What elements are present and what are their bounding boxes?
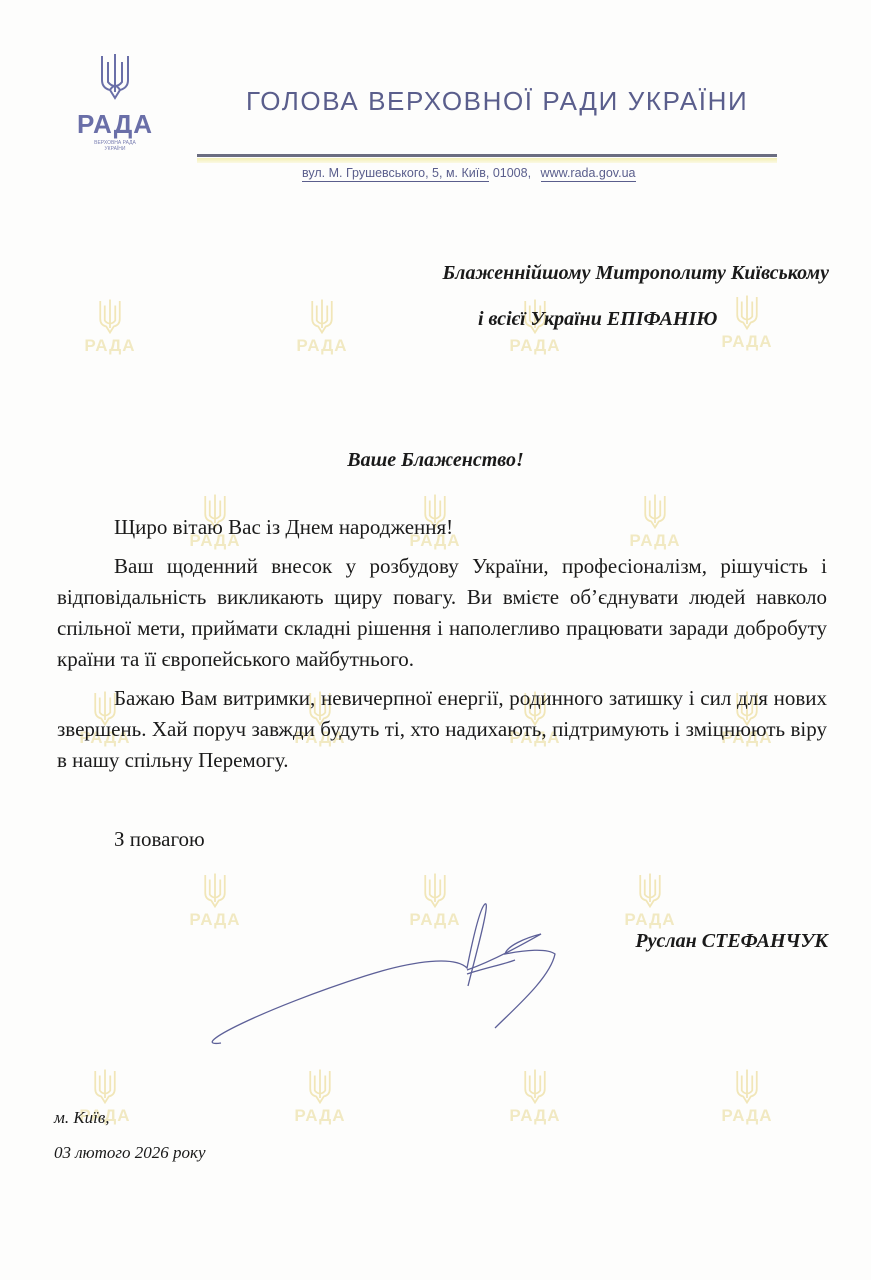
watermark-text: РАДА [500, 336, 570, 356]
paragraph-3-text: Бажаю Вам витримки, невичерпної енергії,… [57, 686, 827, 772]
rada-logo: РАДА ВЕРХОВНА РАДА УКРАЇНИ [70, 52, 160, 152]
trident-icon [98, 52, 132, 100]
header-rule [197, 154, 777, 157]
date: 03 лютого 2026 року [54, 1143, 206, 1163]
logo-subtext-2: УКРАЇНИ [70, 146, 160, 152]
trident-watermark-icon [734, 294, 760, 330]
recipient-line-1: Блаженнійшому Митрополиту Київському [442, 262, 829, 285]
watermark-logo: РАДА [287, 298, 357, 356]
website-link[interactable]: www.rada.gov.ua [541, 166, 636, 182]
watermark-text: РАДА [712, 1106, 782, 1126]
letterhead-address: вул. М. Грушевського, 5, м. Київ, 01008,… [302, 166, 636, 180]
paragraph-1-text: Щиро вітаю Вас із Днем народження! [114, 515, 453, 539]
postcode: 01008, [493, 166, 531, 180]
watermark-text: РАДА [75, 336, 145, 356]
signature [205, 898, 575, 1048]
trident-watermark-icon [309, 298, 335, 334]
letterhead-title: ГОЛОВА ВЕРХОВНОЇ РАДИ УКРАЇНИ [246, 86, 748, 117]
signer-name: Руслан СТЕФАНЧУК [635, 930, 828, 953]
watermark-text: РАДА [285, 1106, 355, 1126]
watermark-text: РАДА [615, 910, 685, 930]
watermark-text: РАДА [287, 336, 357, 356]
trident-watermark-icon [637, 872, 663, 908]
watermark-logo: РАДА [75, 298, 145, 356]
closing: З повагою [114, 827, 205, 852]
header-rule-yellow [197, 158, 777, 163]
trident-watermark-icon [307, 1068, 333, 1104]
paragraph-3: Бажаю Вам витримки, невичерпної енергії,… [57, 683, 827, 776]
watermark-logo: РАДА [712, 294, 782, 352]
watermark-logo: РАДА [500, 1068, 570, 1126]
watermark-logo: РАДА [615, 872, 685, 930]
watermark-logo: РАДА [285, 1068, 355, 1126]
paragraph-2: Ваш щоденний внесок у розбудову України,… [57, 551, 827, 675]
place: м. Київ, [54, 1108, 110, 1128]
recipient-line-2: і всієї України ЕПІФАНІЮ [478, 308, 717, 331]
trident-watermark-icon [97, 298, 123, 334]
paragraph-1: Щиро вітаю Вас із Днем народження! [57, 512, 827, 543]
salutation: Ваше Блаженство! [0, 449, 871, 472]
watermark-logo: РАДА [712, 1068, 782, 1126]
watermark-text: РАДА [500, 1106, 570, 1126]
trident-watermark-icon [522, 1068, 548, 1104]
paragraph-2-text: Ваш щоденний внесок у розбудову України,… [57, 554, 827, 671]
trident-watermark-icon [734, 1068, 760, 1104]
street-address: вул. М. Грушевського, 5, м. Київ, [302, 166, 489, 182]
watermark-text: РАДА [712, 332, 782, 352]
logo-text: РАДА [70, 109, 160, 140]
trident-watermark-icon [92, 1068, 118, 1104]
